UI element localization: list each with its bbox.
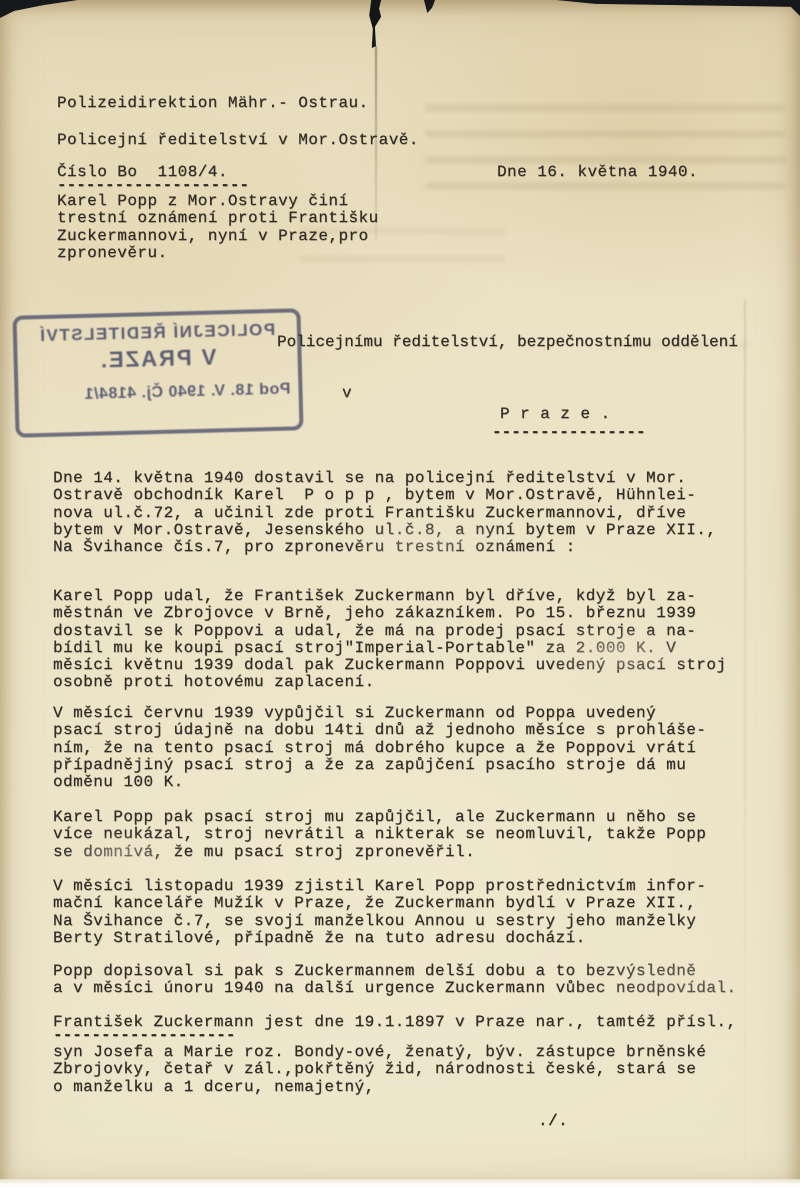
body-paragraph-6: Popp dopisoval si pak s Zuckermannem del…: [53, 963, 737, 998]
birth-record-underline: -------------------: [53, 1027, 235, 1044]
addressee-city: P r a z e .: [500, 406, 611, 423]
scanned-document-page: POLICEJNÍ ŘEDITELSTVÍ V PRAZE. Pod 18. V…: [0, 0, 800, 1187]
paper-tear-top-center: [364, 0, 390, 48]
body-paragraph-2: Karel Popp udal, že František Zuckermann…: [53, 588, 726, 692]
body-paragraph-4: Karel Popp pak psací stroj mu zapůjčil, …: [53, 809, 706, 861]
letterhead-czech: Policejní ředitelství v Mor.Ostravě.: [57, 132, 419, 149]
continuation-mark: ./.: [538, 1113, 568, 1130]
body-paragraph-7: syn Josefa a Marie roz. Bondy-ové, ženat…: [53, 1044, 706, 1096]
paper-crease-right: [744, 300, 746, 1160]
stamp-city-line: V PRAZE.: [17, 342, 298, 375]
subject-block: Karel Popp z Mor.Ostravy činí trestní oz…: [57, 193, 379, 262]
addressee-city-underline: ----------------: [492, 424, 646, 441]
scan-edge-top-right: [556, 0, 800, 7]
body-paragraph-5: V měsíci listopadu 1939 zjistil Karel Po…: [53, 878, 706, 947]
letterhead-german: Polizeidirektion Mähr.- Ostrau.: [57, 95, 369, 112]
addressee-preposition: v: [342, 385, 352, 402]
scan-edge-bottom: [0, 1179, 800, 1187]
document-date: Dne 16. května 1940.: [497, 164, 698, 181]
addressee-office: Policejnímu ředitelství, bezpečnostnímu …: [277, 334, 738, 351]
paper-tear-mark: [424, 0, 435, 13]
scan-edge-top-left: [0, 0, 78, 18]
body-paragraph-3: V měsíci červnu 1939 vypůjčil si Zuckerm…: [53, 705, 706, 791]
stamp-date-number-line: Pod 18. V. 1940 Čj. 4184/1: [84, 381, 291, 404]
receipt-stamp: POLICEJNÍ ŘEDITELSTVÍ V PRAZE. Pod 18. V…: [12, 308, 303, 437]
body-paragraph-1: Dne 14. května 1940 dostavil se na polic…: [53, 470, 716, 556]
